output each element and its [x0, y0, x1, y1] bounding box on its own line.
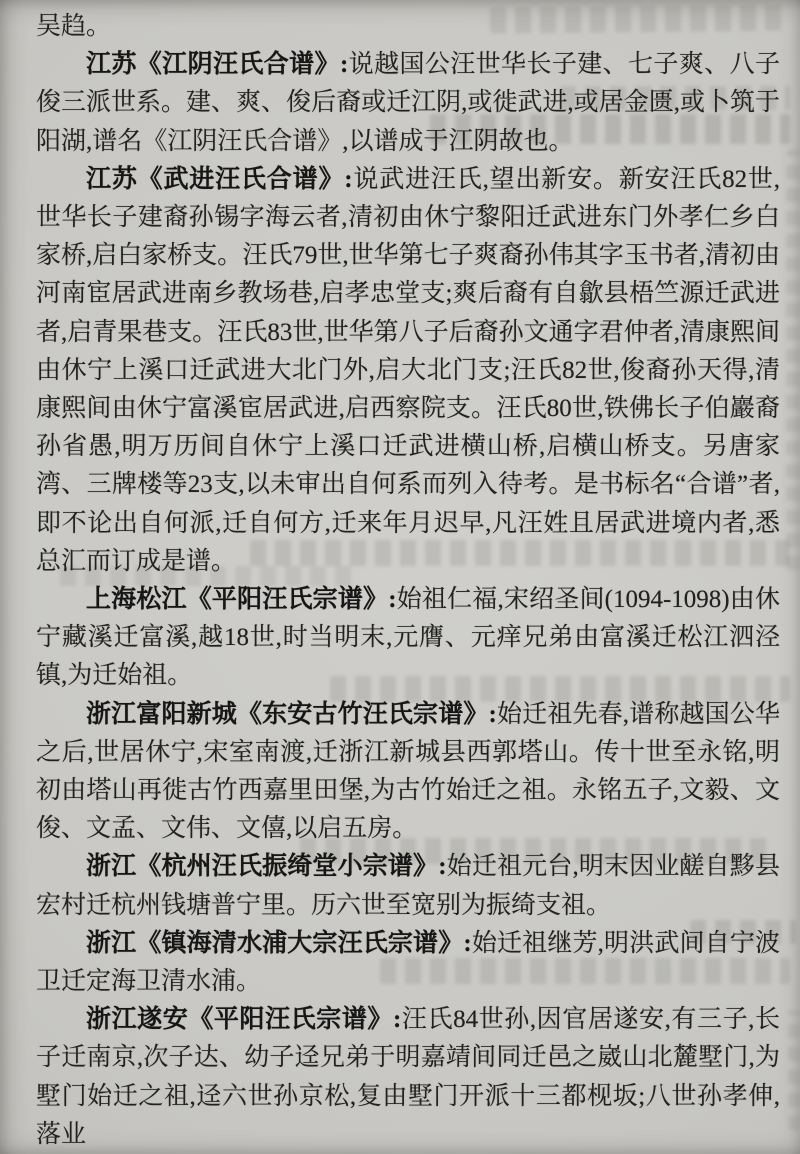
page-text-block: 吴趋。 江苏《江阴汪氏合谱》:说越国公汪世华长子建、七子爽、八子俊三派世系。建、… [36, 8, 780, 1154]
entry-title: 江苏《江阴汪氏合谱》: [86, 51, 348, 78]
entry-title: 浙江遂安《平阳汪氏宗谱》: [86, 1006, 401, 1033]
entry-jiangyin: 江苏《江阴汪氏合谱》:说越国公汪世华长子建、七子爽、八子俊三派世系。建、爽、俊后… [36, 46, 780, 161]
paragraph-continuation: 吴趋。 [36, 8, 780, 46]
entry-suian: 浙江遂安《平阳汪氏宗谱》:汪氏84世孙,因官居遂安,有三子,长子迁南京,次子达、… [36, 1001, 780, 1154]
entry-body: 说武进汪氏,望出新安。新安汪氏82世,世华长子建裔孙锡字海云者,清初由休宁黎阳迁… [36, 166, 780, 575]
entry-songjiang: 上海松江《平阳汪氏宗谱》:始祖仁福,宋绍圣间(1094-1098)由休宁藏溪迁富… [36, 581, 780, 696]
bleedthrough-smudge [788, 1010, 800, 1130]
entry-body: 吴趋。 [36, 13, 111, 40]
entry-title: 上海松江《平阳汪氏宗谱》: [86, 586, 397, 613]
entry-title: 浙江《镇海清水浦大宗汪氏宗谱》: [86, 930, 472, 957]
entry-wujin: 江苏《武进汪氏合谱》:说武进汪氏,望出新安。新安汪氏82世,世华长子建裔孙锡字海… [36, 161, 780, 581]
entry-title: 江苏《武进汪氏合谱》: [86, 166, 353, 193]
entry-zhenhai-qingshuipu: 浙江《镇海清水浦大宗汪氏宗谱》:始迁祖继芳,明洪武间自宁波卫迁定海卫清水浦。 [36, 925, 780, 1001]
entry-hangzhou-zhenqitang: 浙江《杭州汪氏振绮堂小宗谱》:始迁祖元台,明末因业鹾自黟县宏村迁杭州钱塘普宁里。… [36, 848, 780, 924]
entry-dongan-guzhu: 浙江富阳新城《东安古竹汪氏宗谱》:始迁祖先春,谱称越国公华之后,世居休宁,宋室南… [36, 696, 780, 849]
scanned-page: 吴趋。 江苏《江阴汪氏合谱》:说越国公汪世华长子建、七子爽、八子俊三派世系。建、… [0, 0, 800, 1154]
bleedthrough-smudge [786, 150, 800, 570]
entry-title: 浙江富阳新城《东安古竹汪氏宗谱》: [86, 701, 497, 728]
entry-title: 浙江《杭州汪氏振绮堂小宗谱》: [86, 853, 447, 880]
